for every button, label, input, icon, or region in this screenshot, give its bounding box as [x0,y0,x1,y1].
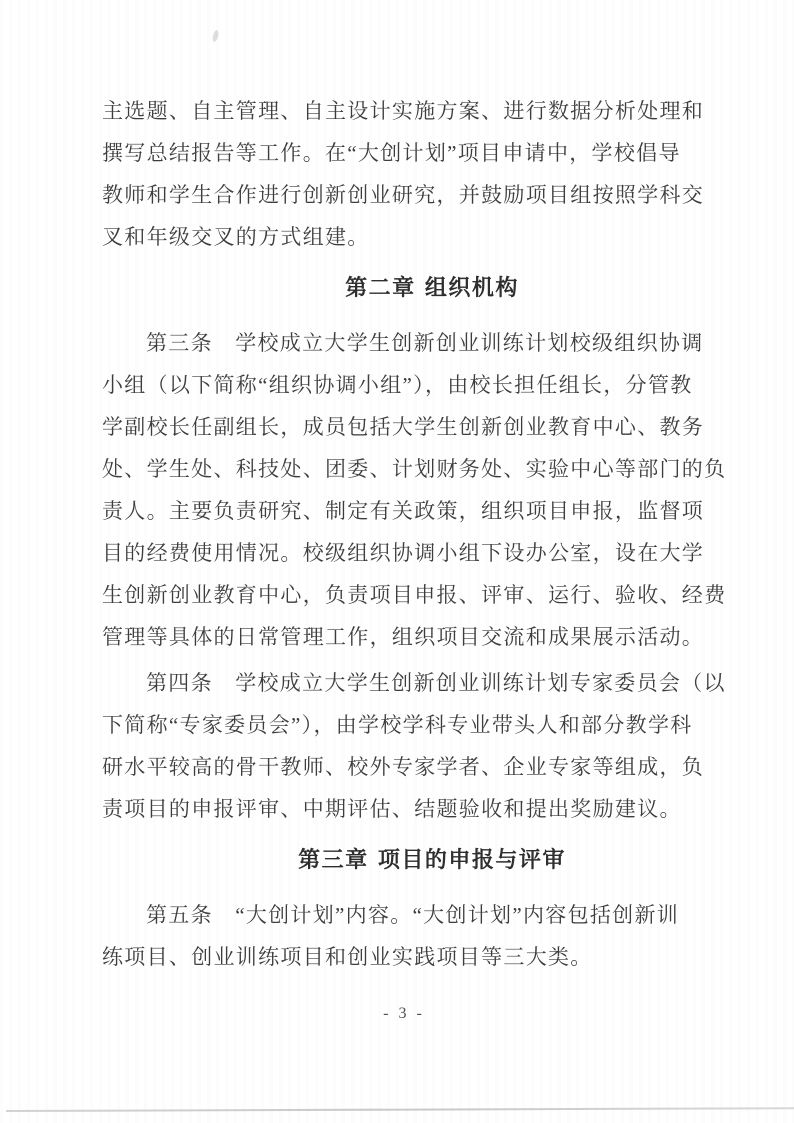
chapter-heading: 第三章 项目的申报与评审 [102,840,706,882]
body-line: 练项目、创业训练项目和创业实践项目等三大类。 [102,936,706,978]
page-number: - 3 - [102,1005,706,1023]
body-line: 责项目的申报评审、中期评估、结题验收和提出奖励建议。 [102,788,706,830]
body-line: 目的经费使用情况。校级组织协调小组下设办公室，设在大学 [102,532,706,574]
paragraph: 主选题、自主管理、自主设计实施方案、进行数据分析处理和撰写总结报告等工作。在“大… [102,90,706,258]
scan-speck [212,30,220,43]
body-line: 研水平较高的骨干教师、校外专家学者、企业专家等组成，负 [102,746,706,788]
body-line: 小组（以下简称“组织协调小组”），由校长担任组长，分管教 [102,364,706,406]
scan-edge-line [6,1107,794,1112]
body-line: 生创新创业教育中心，负责项目申报、评审、运行、验收、经费 [102,574,706,616]
chapter-heading: 第二章 组织机构 [102,268,706,310]
body-line: 教师和学生合作进行创新创业研究，并鼓励项目组按照学科交 [102,174,706,216]
body-line: 第五条 “大创计划”内容。“大创计划”内容包括创新训 [102,894,706,936]
document-page: 主选题、自主管理、自主设计实施方案、进行数据分析处理和撰写总结报告等工作。在“大… [0,0,794,1123]
document-content: 主选题、自主管理、自主设计实施方案、进行数据分析处理和撰写总结报告等工作。在“大… [102,90,706,978]
body-line: 下简称“专家委员会”），由学校学科专业带头人和部分教学科 [102,704,706,746]
body-line: 管理等具体的日常管理工作，组织项目交流和成果展示活动。 [102,616,706,658]
body-line: 叉和年级交叉的方式组建。 [102,216,706,258]
body-line: 撰写总结报告等工作。在“大创计划”项目申请中，学校倡导 [102,132,706,174]
body-line: 处、学生处、科技处、团委、计划财务处、实验中心等部门的负 [102,448,706,490]
body-line: 学副校长任副组长，成员包括大学生创新创业教育中心、教务 [102,406,706,448]
body-line: 责人。主要负责研究、制定有关政策，组织项目申报，监督项 [102,490,706,532]
paragraph: 第五条 “大创计划”内容。“大创计划”内容包括创新训练项目、创业训练项目和创业实… [102,894,706,978]
paragraph: 第三条 学校成立大学生创新创业训练计划校级组织协调小组（以下简称“组织协调小组”… [102,322,706,658]
body-line: 第三条 学校成立大学生创新创业训练计划校级组织协调 [102,322,706,364]
body-line: 第四条 学校成立大学生创新创业训练计划专家委员会（以 [102,662,706,704]
paragraph: 第四条 学校成立大学生创新创业训练计划专家委员会（以下简称“专家委员会”），由学… [102,662,706,830]
body-line: 主选题、自主管理、自主设计实施方案、进行数据分析处理和 [102,90,706,132]
